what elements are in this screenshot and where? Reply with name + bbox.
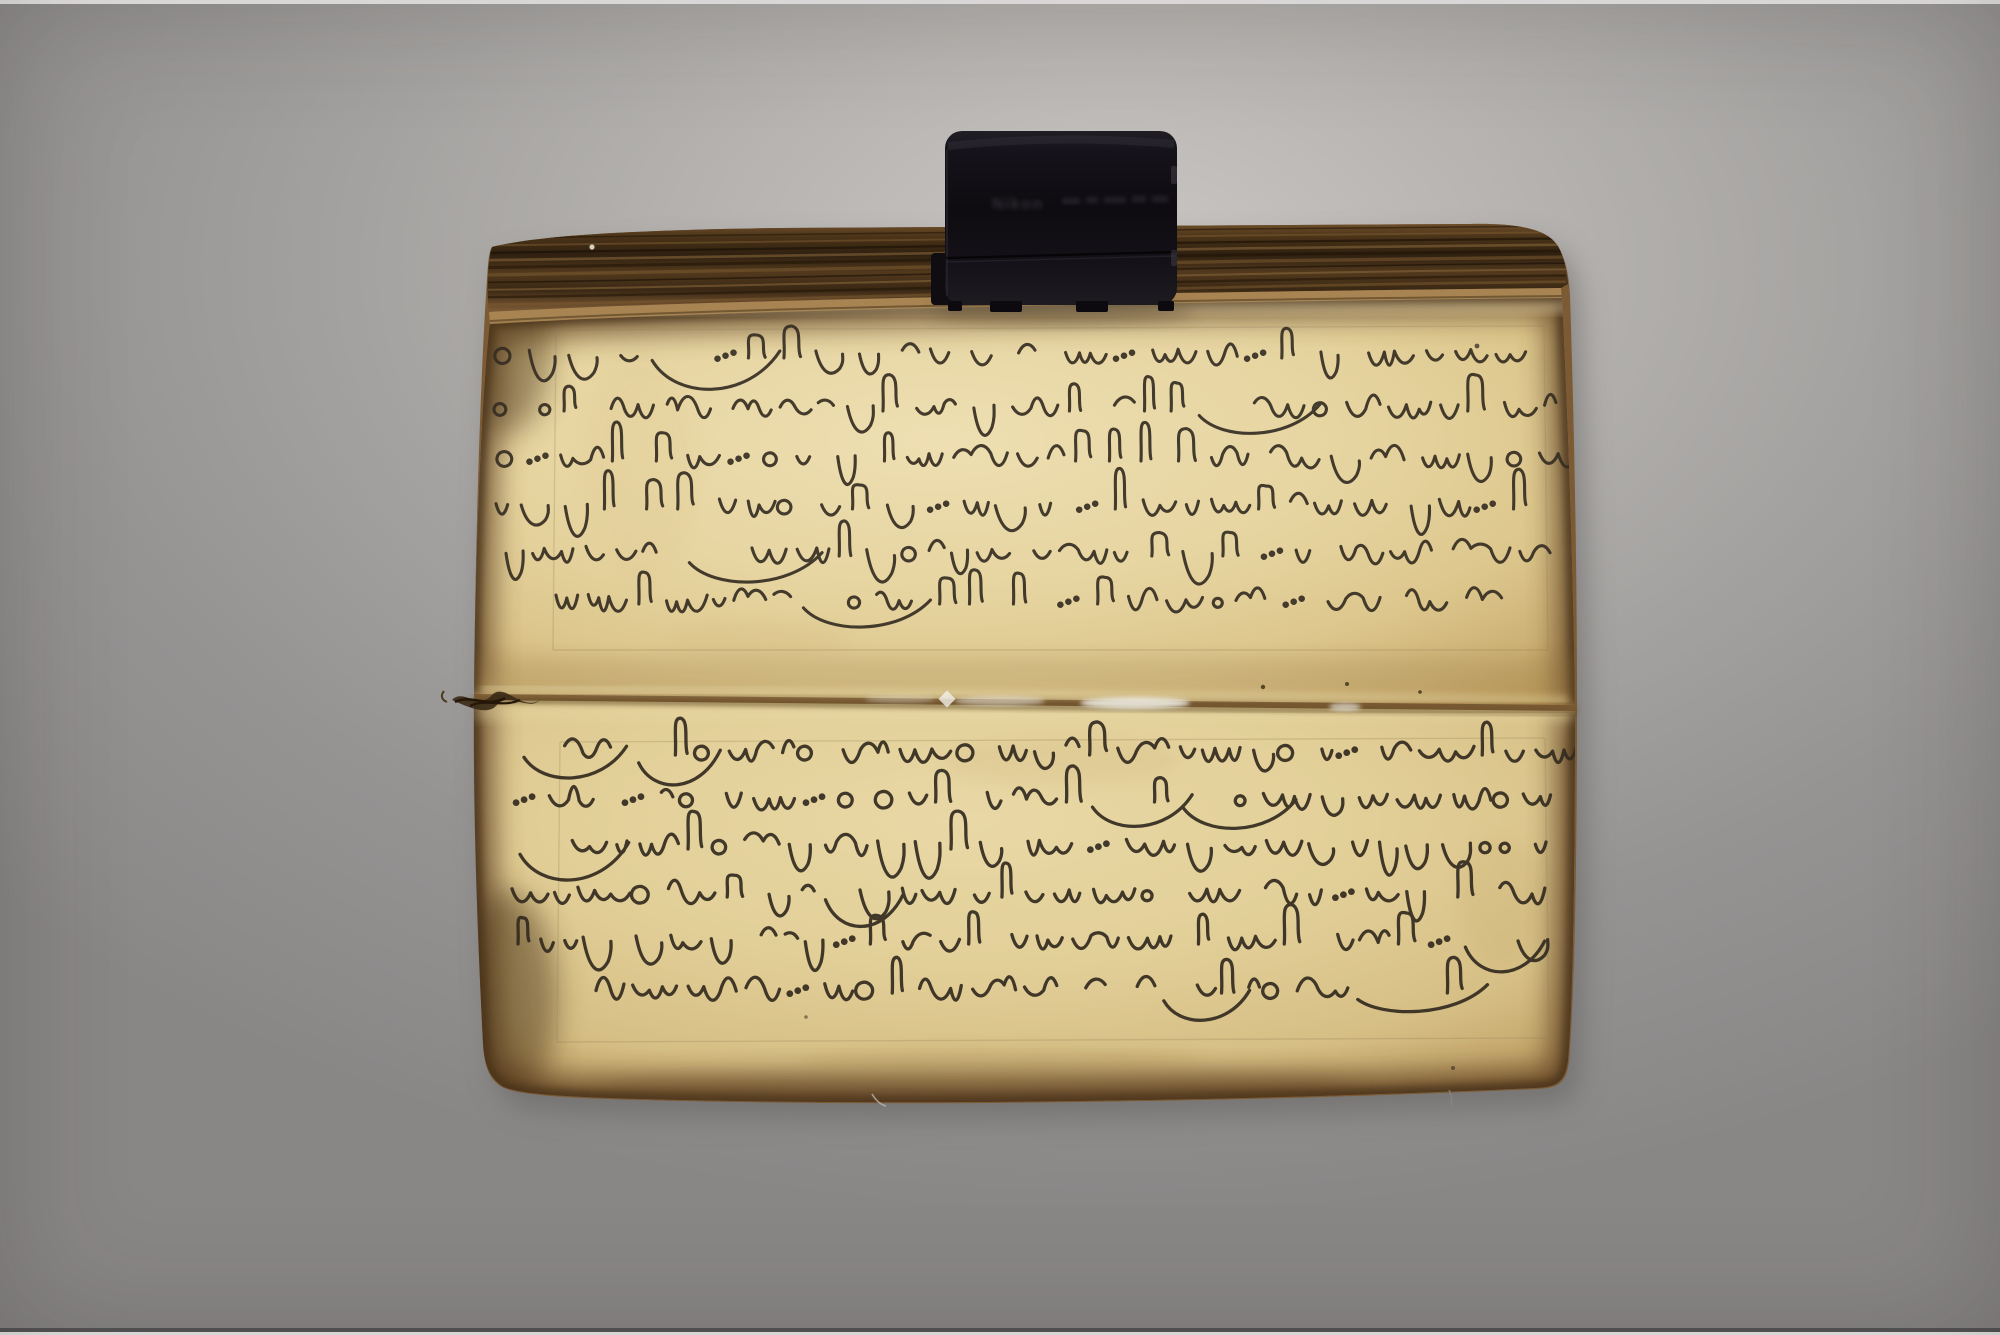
photograph: Nikon bbox=[0, 0, 2000, 1335]
paint-speck bbox=[589, 244, 594, 249]
black-battery-weight: Nikon bbox=[930, 131, 1194, 324]
letterbox-strip-top bbox=[0, 0, 2000, 4]
manuscript-book bbox=[442, 224, 1577, 1121]
battery-brand-text: Nikon bbox=[992, 196, 1044, 213]
photo-scene: Nikon bbox=[0, 0, 2000, 1335]
